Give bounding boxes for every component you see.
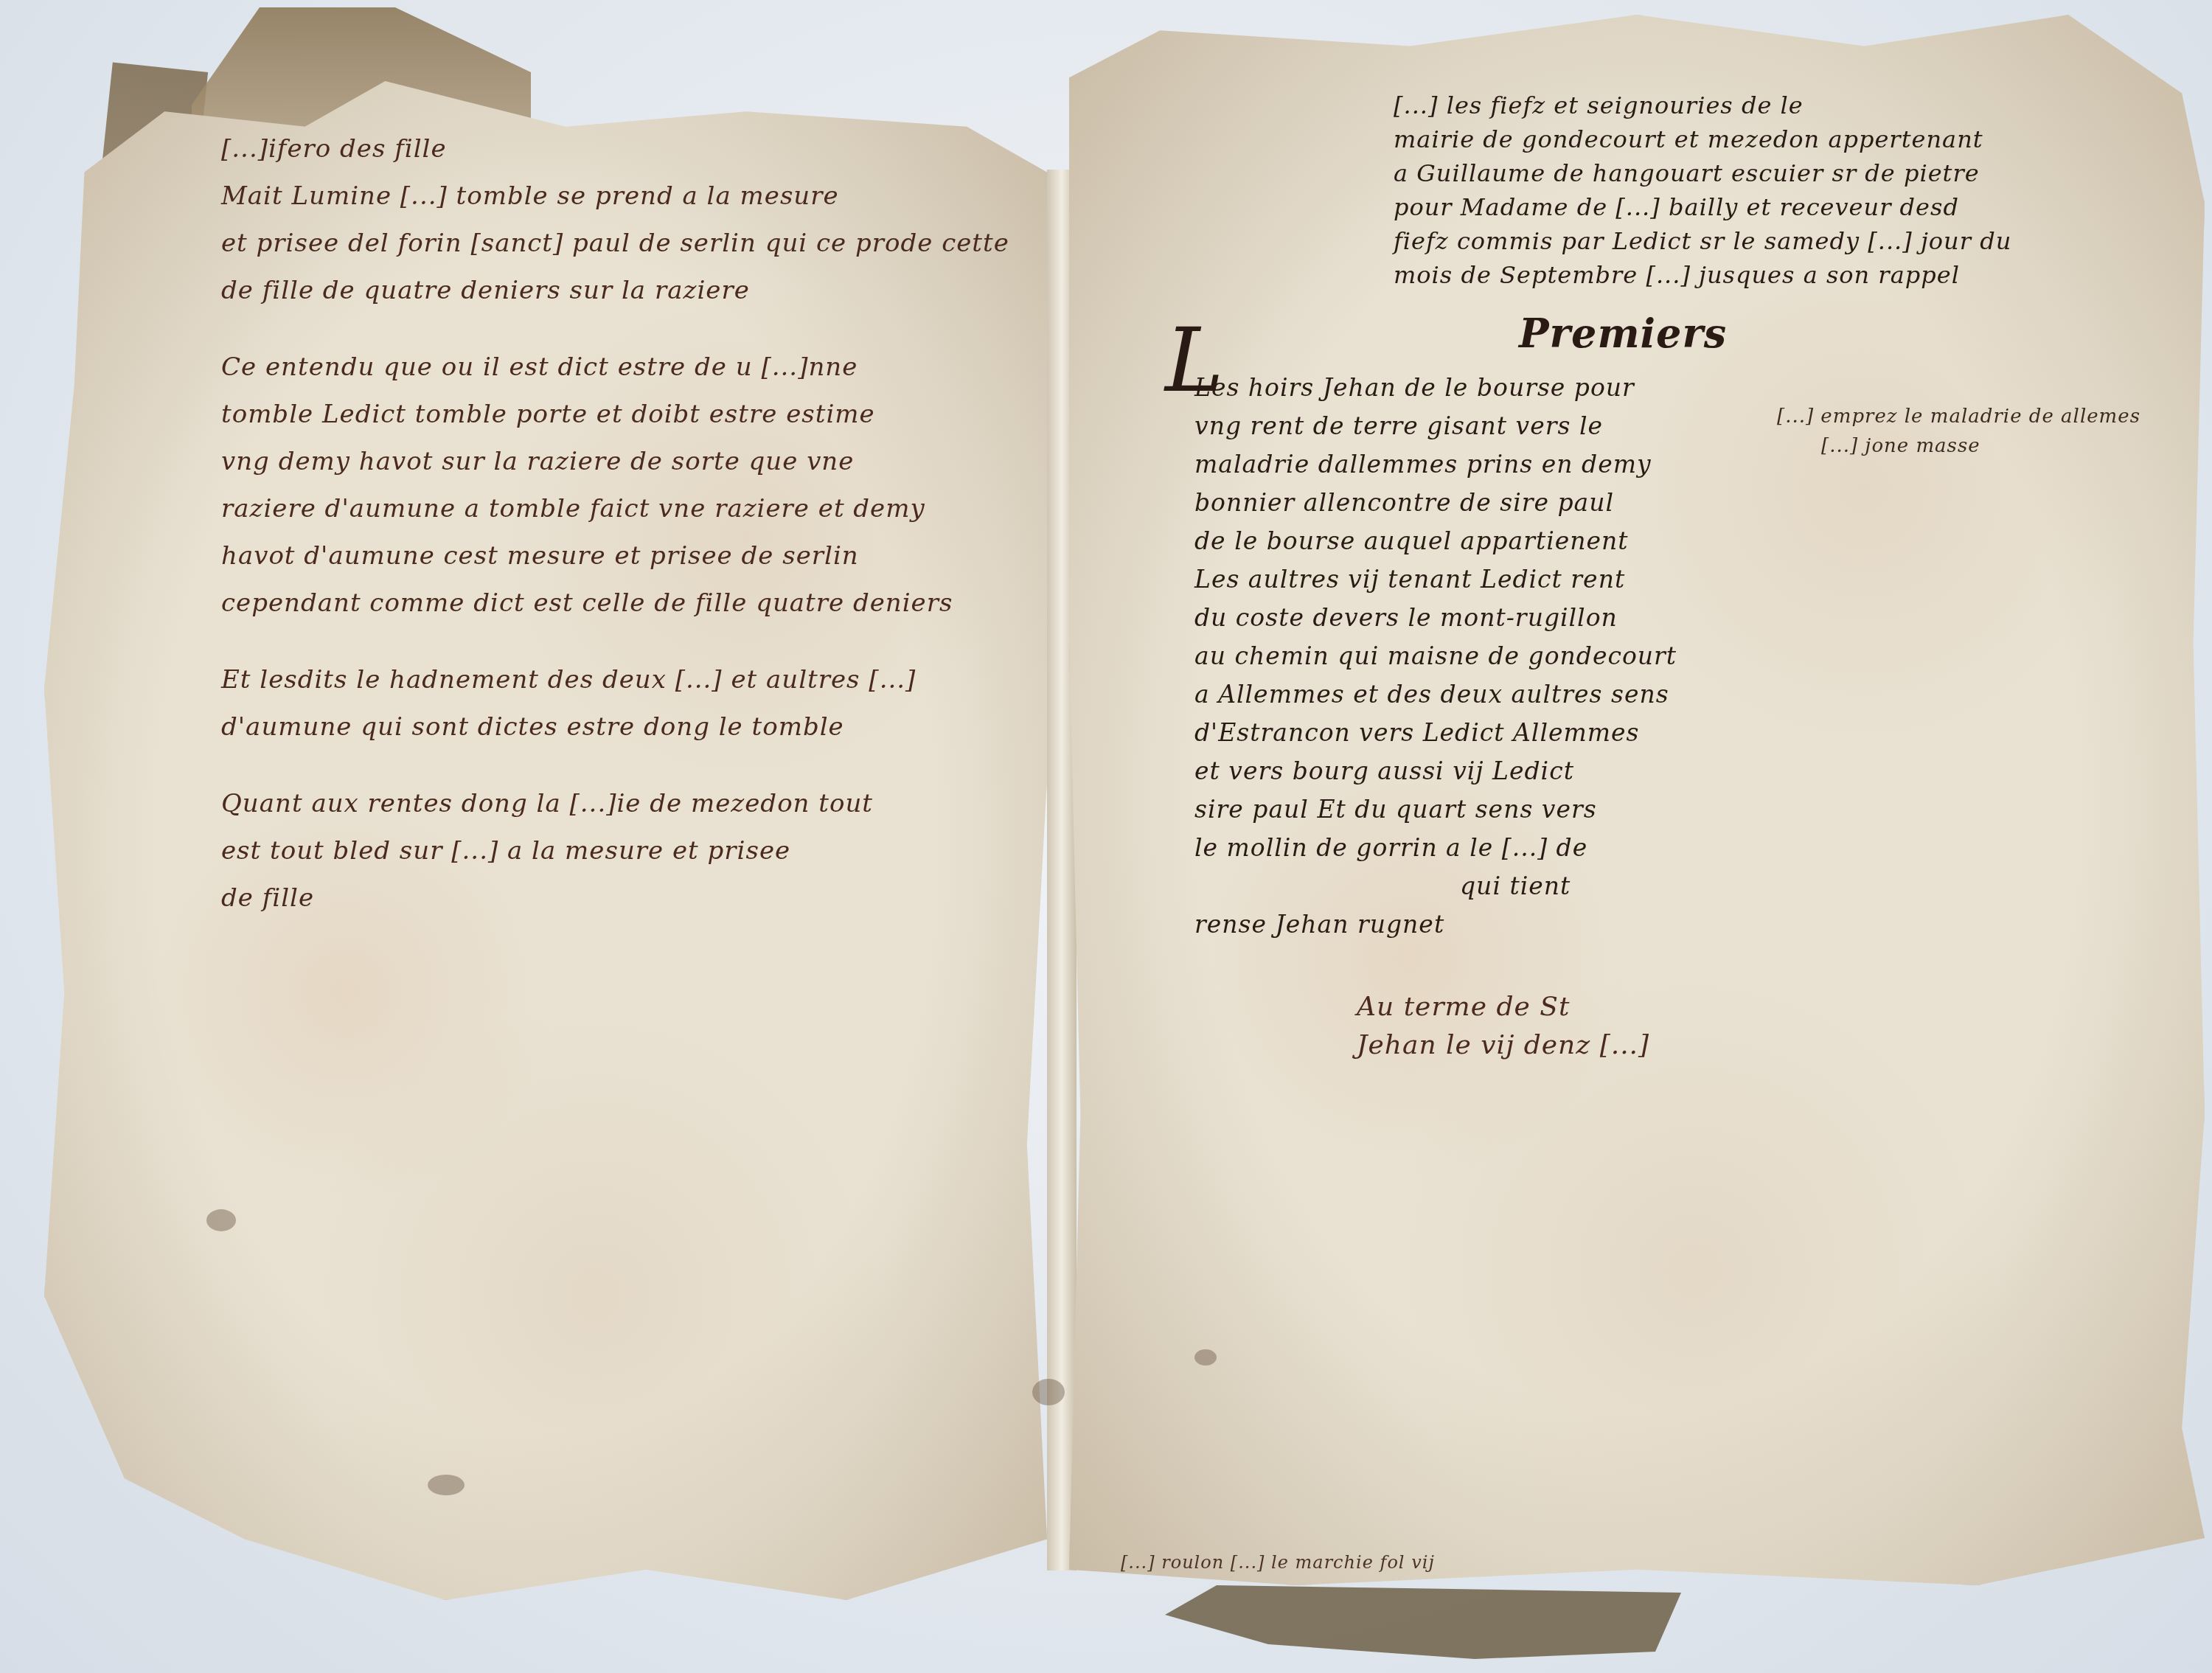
- margin-note-line: [...] jone masse: [1777, 431, 2140, 461]
- header-line: pour Madame de [...] bailly et receveur …: [1394, 190, 2011, 224]
- entry-line: rense Jehan rugnet: [1194, 905, 1677, 944]
- entry-line: vng rent de terre gisant vers le: [1194, 407, 1677, 445]
- left-page-text: [...]ifero des fille Mait Lumine [...] t…: [221, 125, 1009, 922]
- text-line: tomble Ledict tomble porte et doibt estr…: [221, 391, 1009, 438]
- damage-hole: [1032, 1379, 1065, 1405]
- damage-hole: [206, 1209, 236, 1231]
- bottom-catchword: [...] roulon [...] le marchie fol vij: [1121, 1552, 1435, 1573]
- text-line: Ce entendu que ou il est dict estre de u…: [221, 344, 1009, 391]
- entry-line: au chemin qui maisne de gondecourt: [1194, 637, 1677, 675]
- header-line: fiefz commis par Ledict sr le samedy [..…: [1394, 224, 2011, 258]
- section-title: Premiers: [1519, 310, 1727, 357]
- margin-note: [...] emprez le maladrie de allemes [...…: [1777, 402, 2140, 461]
- term-note-line: Au terme de St: [1357, 988, 1649, 1026]
- text-line: de fille de quatre deniers sur la razier…: [221, 267, 1009, 314]
- entry-line: bonnier allencontre de sire paul: [1194, 484, 1677, 522]
- margin-note-line: [...] emprez le maladrie de allemes: [1777, 402, 2140, 431]
- entry-line: et vers bourg aussi vij Ledict: [1194, 752, 1677, 790]
- text-line: vng demy havot sur la raziere de sorte q…: [221, 438, 1009, 485]
- entry-line: qui tient: [1194, 867, 1677, 905]
- entry-line: le mollin de gorrin a le [...] de: [1194, 829, 1677, 867]
- text-line: [...]ifero des fille: [221, 125, 1009, 173]
- entry-line: Les hoirs Jehan de le bourse pour: [1194, 369, 1677, 407]
- text-line: havot d'aumune cest mesure et prisee de …: [221, 532, 1009, 580]
- entry-line: sire paul Et du quart sens vers: [1194, 790, 1677, 829]
- entry-line: du coste devers le mont-rugillon: [1194, 599, 1677, 637]
- entry-line: d'Estrancon vers Ledict Allemmes: [1194, 714, 1677, 752]
- term-note: Au terme de St Jehan le vij denz [...]: [1357, 988, 1649, 1065]
- text-line: de fille: [221, 874, 1009, 922]
- text-line: est tout bled sur [...] a la mesure et p…: [221, 827, 1009, 874]
- entry-line: Les aultres vij tenant Ledict rent: [1194, 560, 1677, 599]
- damage-hole: [428, 1475, 465, 1495]
- text-line: et prisee del forin [sanct] paul de serl…: [221, 220, 1009, 267]
- header-line: mois de Septembre [...] jusques a son ra…: [1394, 258, 2011, 292]
- header-line: mairie de gondecourt et mezedon apperten…: [1394, 122, 2011, 156]
- text-line: Mait Lumine [...] tomble se prend a la m…: [221, 173, 1009, 220]
- text-line: raziere d'aumune a tomble faict vne razi…: [221, 485, 1009, 532]
- text-line: cependant comme dict est celle de fille …: [221, 580, 1009, 627]
- header-line: a Guillaume de hangouart escuier sr de p…: [1394, 156, 2011, 190]
- text-line: d'aumune qui sont dictes estre dong le t…: [221, 703, 1009, 751]
- entry-line: de le bourse auquel appartienent: [1194, 522, 1677, 560]
- header-line: [...] les fiefz et seignouries de le: [1394, 88, 2011, 122]
- right-page-entry: Les hoirs Jehan de le bourse pour vng re…: [1194, 369, 1677, 944]
- right-page-header: [...] les fiefz et seignouries de le mai…: [1394, 88, 2011, 292]
- text-line: Et lesdits le hadnement des deux [...] e…: [221, 656, 1009, 703]
- entry-line: maladrie dallemmes prins en demy: [1194, 445, 1677, 484]
- damage-hole: [1194, 1349, 1217, 1366]
- text-line: Quant aux rentes dong la [...]ie de meze…: [221, 780, 1009, 827]
- entry-line: a Allemmes et des deux aultres sens: [1194, 675, 1677, 714]
- term-note-line: Jehan le vij denz [...]: [1357, 1026, 1649, 1065]
